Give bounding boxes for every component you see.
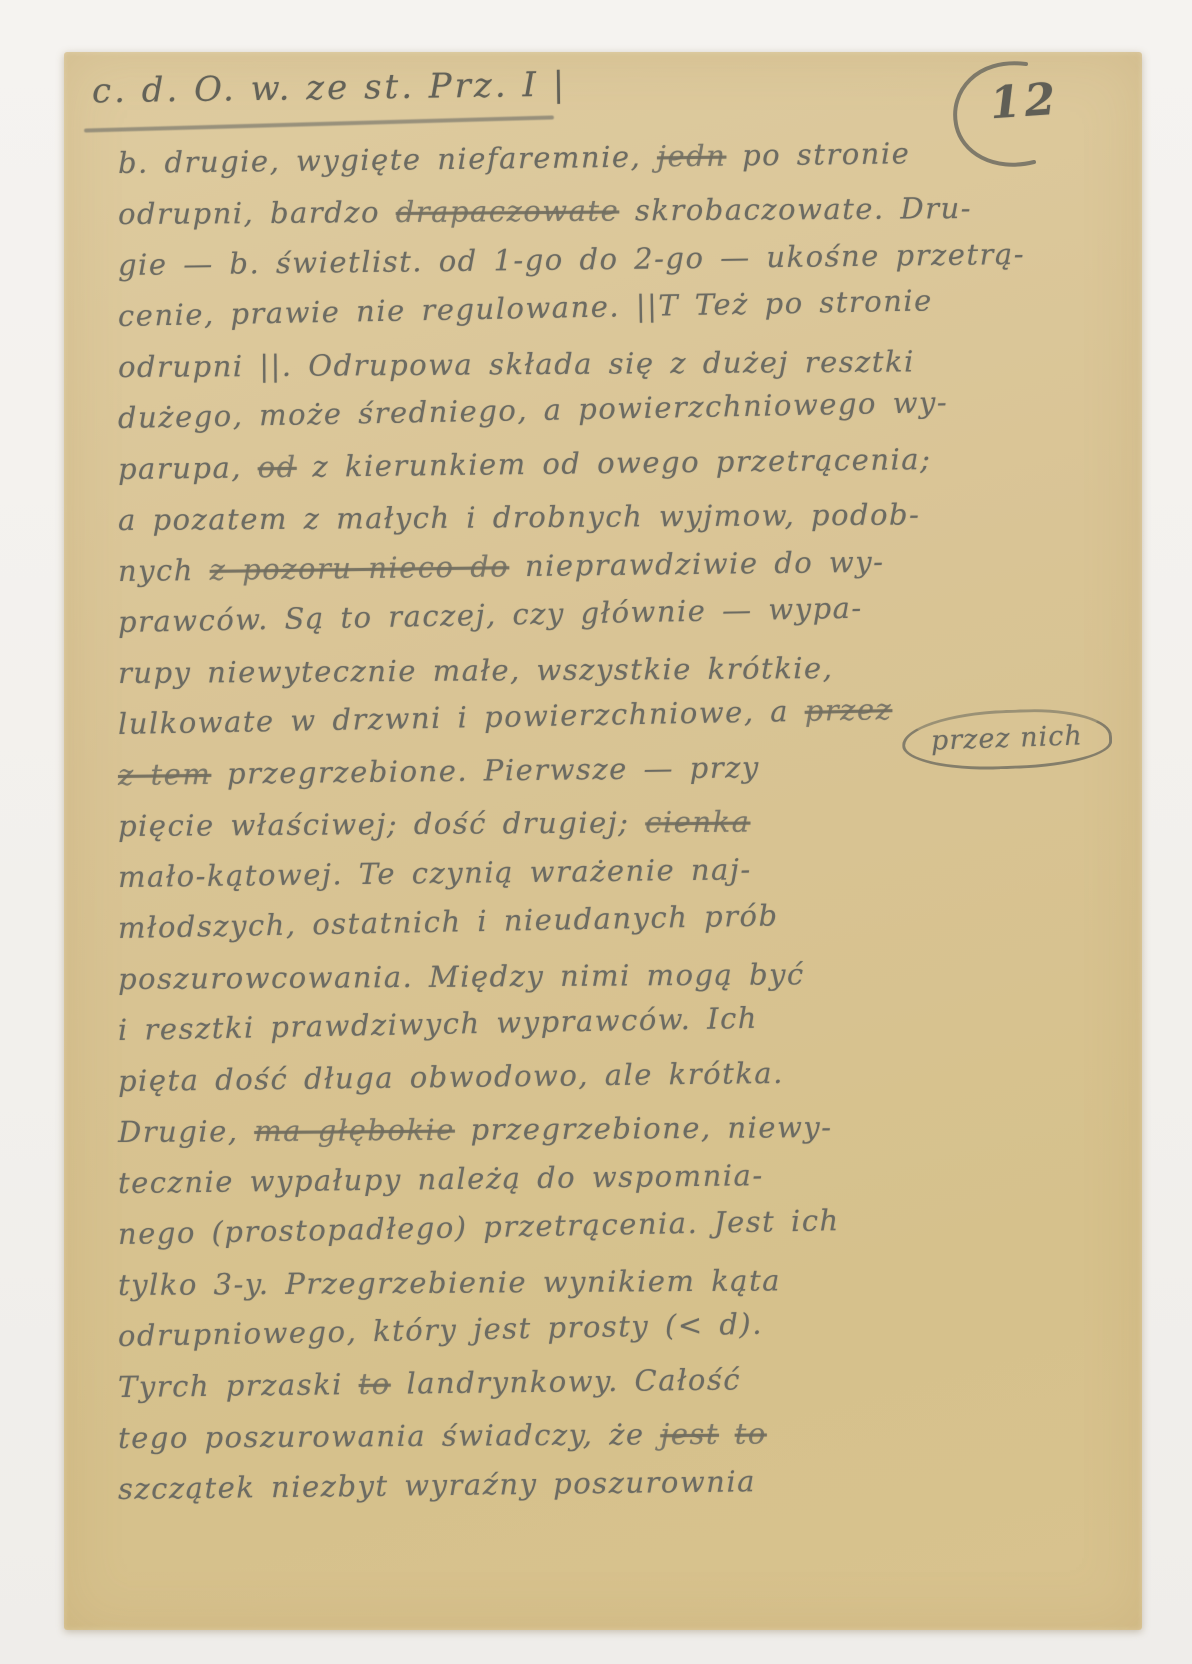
text-segment: szczątek niezbyt wyraźny poszurownia xyxy=(118,1464,756,1506)
struck-text: z tem xyxy=(118,757,212,792)
text-segment: a pozatem z małych i drobnych wyjmow, po… xyxy=(118,497,921,537)
page-number: 12 xyxy=(988,74,1061,130)
text-segment: tylko 3-y. Przegrzebienie wynikiem kąta xyxy=(118,1263,781,1302)
text-segment: dużego, może średniego, a powierzchniowe… xyxy=(118,385,949,435)
struck-text: drapaczowate xyxy=(396,194,620,230)
struck-text: to xyxy=(358,1367,391,1401)
struck-text: cienka xyxy=(645,805,750,840)
text-segment: z kierunkiem od owego przetrącenia; xyxy=(296,442,931,484)
text-segment: Drugie, xyxy=(118,1114,254,1149)
struck-text: to xyxy=(735,1416,767,1450)
text-line: szczątek niezbyt wyraźny poszurownia xyxy=(118,1452,1127,1515)
text-segment: b. drugie, wygięte niefaremnie, xyxy=(118,139,657,180)
text-line: parupa, od z kierunkiem od owego przetrą… xyxy=(118,432,1127,495)
struck-text: jedn xyxy=(657,139,727,174)
text-line: pięta dość długa obwodowo, ale krótka. xyxy=(118,1044,1127,1107)
text-segment: prawców. Są to raczej, czy głównie — wyp… xyxy=(118,591,863,639)
text-segment: landrynkowy. Całość xyxy=(391,1362,742,1400)
text-segment: parupa, xyxy=(118,450,258,486)
text-segment: tecznie wypałupy należą do wspomnia- xyxy=(118,1158,764,1200)
struck-text: od xyxy=(257,450,296,484)
text-segment: lulkowate w drzwni i powierzchniowe, a xyxy=(118,694,805,741)
struck-text: jest xyxy=(660,1417,719,1451)
text-segment: przegrzebione, niewy- xyxy=(455,1110,833,1147)
text-segment: pięta dość długa obwodowo, ale krótka. xyxy=(118,1056,784,1098)
struck-text: przez xyxy=(804,692,892,728)
text-segment: Tyrch przaski xyxy=(118,1367,359,1404)
text-segment xyxy=(719,1417,735,1451)
text-segment: nieprawdziwie do wy- xyxy=(509,545,885,584)
text-line: Tyrch przaski to landrynkowy. Całość xyxy=(118,1350,1127,1413)
text-segment: cenie, prawie nie regulowane. ||T Też po… xyxy=(118,283,933,333)
text-segment: pięcie właściwej; dość drugiej; xyxy=(118,805,645,843)
text-segment: przegrzebione. Pierwsze — przy xyxy=(211,750,760,791)
text-segment: poszurowcowania. Między nimi mogą być xyxy=(118,957,805,996)
text-segment: nych xyxy=(118,553,210,588)
text-segment: odrupni, bardzo xyxy=(118,195,396,231)
text-segment: odrupniowego, który jest prosty (< d). xyxy=(118,1307,764,1353)
manuscript-body: przez nich b. drugie, wygięte niefaremni… xyxy=(118,138,1126,1610)
text-segment: skrobaczowate. Dru- xyxy=(619,191,972,227)
header-underline xyxy=(84,115,554,132)
text-line: b. drugie, wygięte niefaremnie, jedn po … xyxy=(118,126,1127,189)
text-segment: odrupni ||. Odrupowa składa się z dużej … xyxy=(118,344,915,384)
text-line: z tem przegrzebione. Pierwsze — przy xyxy=(118,738,1127,801)
text-segment: nego (prostopadłego) przetrącenia. Jest … xyxy=(118,1203,840,1251)
scan-background: c. d. O. w. ze st. Prz. I | 12 przez nic… xyxy=(0,0,1192,1664)
page-header: c. d. O. w. ze st. Prz. I | xyxy=(92,65,568,112)
text-segment: mało-kątowej. Te czynią wrażenie naj- xyxy=(118,852,752,894)
text-segment: tego poszurowania świadczy, że xyxy=(118,1417,661,1455)
text-segment: i resztki prawdziwych wyprawców. Ich xyxy=(118,1001,759,1047)
struck-text: ma głębokie xyxy=(254,1113,455,1148)
manuscript-page: c. d. O. w. ze st. Prz. I | 12 przez nic… xyxy=(64,52,1142,1630)
text-segment: młodszych, ostatnich i nieudanych prób xyxy=(118,898,779,945)
struck-text: z pozoru nieco do xyxy=(209,549,509,587)
text-segment: rupy niewytecznie małe, wszystkie krótki… xyxy=(118,651,834,690)
text-segment: po stronie xyxy=(726,136,910,172)
